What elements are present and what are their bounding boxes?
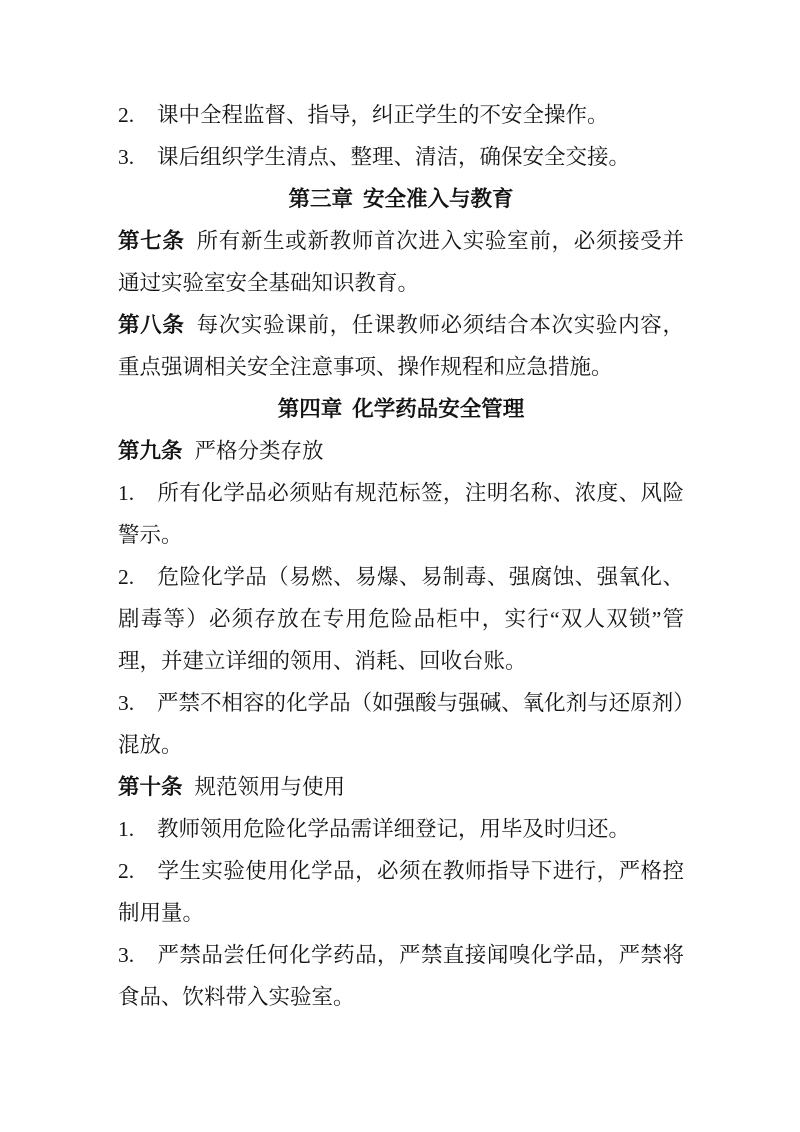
numbered-item: 2.学生实验使用化学品，必须在教师指导下进行，严格控制用量。 bbox=[118, 850, 684, 934]
numbered-item: 2.危险化学品（易燃、易爆、易制毒、强腐蚀、强氧化、剧毒等）必须存放在专用危险品… bbox=[118, 556, 684, 682]
chapter-number: 第四章 bbox=[278, 397, 343, 421]
numbered-item: 2.课中全程监督、指导，纠正学生的不安全操作。 bbox=[118, 94, 684, 136]
chapter-title: 安全准入与教育 bbox=[363, 187, 514, 211]
chapter-number: 第三章 bbox=[288, 187, 353, 211]
article-number: 第九条 bbox=[118, 439, 183, 463]
article-number: 第十条 bbox=[118, 775, 183, 799]
document-body: 2.课中全程监督、指导，纠正学生的不安全操作。3.课后组织学生清点、整理、清洁，… bbox=[118, 94, 684, 1018]
chapter-title: 化学药品安全管理 bbox=[352, 397, 524, 421]
article-paragraph: 第七条所有新生或新教师首次进入实验室前，必须接受并通过实验室安全基础知识教育。 bbox=[118, 220, 684, 304]
numbered-item: 1.教师领用危险化学品需详细登记，用毕及时归还。 bbox=[118, 808, 684, 850]
item-number: 1. bbox=[118, 472, 157, 514]
article-paragraph: 第九条严格分类存放 bbox=[118, 430, 684, 472]
chapter-heading: 第四章化学药品安全管理 bbox=[118, 388, 684, 430]
numbered-item: 3.严禁品尝任何化学药品，严禁直接闻嗅化学品，严禁将食品、饮料带入实验室。 bbox=[118, 934, 684, 1018]
numbered-item: 1.所有化学品必须贴有规范标签，注明名称、浓度、风险警示。 bbox=[118, 472, 684, 556]
item-number: 2. bbox=[118, 556, 157, 598]
item-number: 3. bbox=[118, 136, 157, 178]
numbered-item: 3.课后组织学生清点、整理、清洁，确保安全交接。 bbox=[118, 136, 684, 178]
article-paragraph: 第八条每次实验课前，任课教师必须结合本次实验内容，重点强调相关安全注意事项、操作… bbox=[118, 304, 684, 388]
item-number: 2. bbox=[118, 94, 157, 136]
item-number: 2. bbox=[118, 850, 157, 892]
item-number: 3. bbox=[118, 934, 157, 976]
article-number: 第八条 bbox=[118, 313, 185, 337]
item-number: 1. bbox=[118, 808, 157, 850]
article-number: 第七条 bbox=[118, 229, 185, 253]
chapter-heading: 第三章安全准入与教育 bbox=[118, 178, 684, 220]
document-page: 2.课中全程监督、指导，纠正学生的不安全操作。3.课后组织学生清点、整理、清洁，… bbox=[0, 0, 800, 1132]
item-number: 3. bbox=[118, 682, 157, 724]
article-paragraph: 第十条规范领用与使用 bbox=[118, 766, 684, 808]
numbered-item: 3.严禁不相容的化学品（如强酸与强碱、氧化剂与还原剂）混放。 bbox=[118, 682, 684, 766]
